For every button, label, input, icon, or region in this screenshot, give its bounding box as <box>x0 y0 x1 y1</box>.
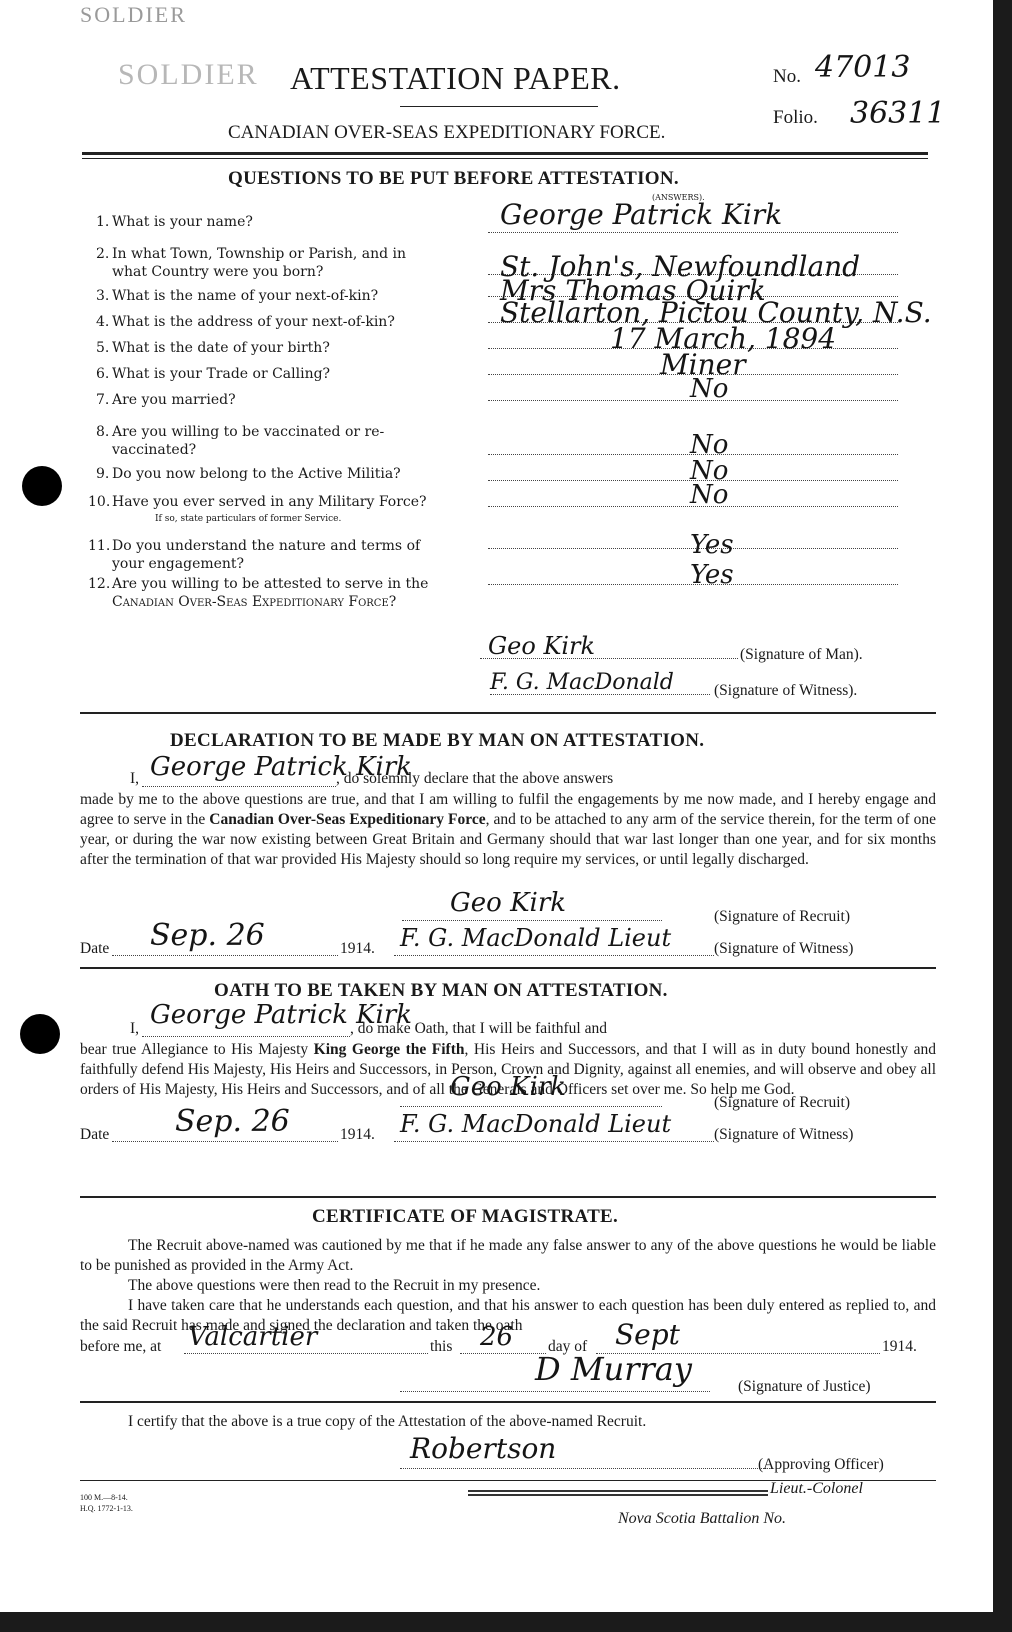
declaration-sig-recruit: Geo Kirk <box>450 888 566 918</box>
declaration-date-value: Sep. 26 <box>150 918 265 953</box>
force-subtitle: CANADIAN OVER-SEAS EXPEDITIONARY FORCE. <box>228 122 665 144</box>
oath-sig-witness: F. G. MacDonald Lieut <box>400 1110 671 1138</box>
question-number: 6. <box>96 366 109 382</box>
king-name: King George the Fifth <box>314 1041 465 1058</box>
question-text: In what Town, Township or Parish, and in <box>112 246 406 262</box>
document-title: ATTESTATION PAPER. <box>290 60 621 97</box>
question-text-line2: vaccinated? <box>112 442 196 458</box>
question-number: 7. <box>96 392 109 408</box>
number-value: 47013 <box>815 50 910 85</box>
form-code-1: 100 M.—8-14. <box>80 1493 128 1502</box>
declaration-sig-witness-label: (Signature of Witness) <box>714 940 853 958</box>
answer-value: Yes <box>690 560 734 590</box>
oath-sig-recruit-label: (Signature of Recruit) <box>714 1094 850 1112</box>
oath-heading: OATH TO BE TAKEN BY MAN ON ATTESTATION. <box>214 980 668 1002</box>
answer-value: No <box>690 480 728 510</box>
declaration-prefix: I, <box>130 770 139 788</box>
question-number: 12. <box>88 576 110 592</box>
declaration-line1: , do solemnly declare that the above ans… <box>336 770 613 788</box>
declaration-sig-witness: F. G. MacDonald Lieut <box>400 924 671 952</box>
declaration-sig-recruit-label: (Signature of Recruit) <box>714 908 850 926</box>
magistrate-heading: CERTIFICATE OF MAGISTRATE. <box>312 1206 618 1228</box>
place-line[interactable] <box>184 1353 428 1354</box>
form-code-2: H.Q. 1772-1-13. <box>80 1504 133 1513</box>
faded-stamp: SOLDIER <box>80 2 187 28</box>
magistrate-p1: The Recruit above-named was cautioned by… <box>80 1236 936 1276</box>
attestation-paper: SOLDIER SOLDIER ATTESTATION PAPER. No. 4… <box>0 0 993 1612</box>
number-label: No. <box>773 66 801 88</box>
section-rule <box>80 712 936 714</box>
question-text: Are you married? <box>112 392 236 408</box>
question-text-line2: Canadian Over-Seas Expeditionary Force? <box>112 594 396 610</box>
declaration-date-label: Date <box>80 940 109 958</box>
signature-man-label: (Signature of Man). <box>740 646 863 664</box>
question-text: What is the date of your birth? <box>112 340 330 356</box>
struck-line <box>468 1490 768 1496</box>
question-number: 2. <box>96 246 109 262</box>
oath-sig-witness-label: (Signature of Witness) <box>714 1126 853 1144</box>
question-text: What is your name? <box>112 214 253 230</box>
question-number: 3. <box>96 288 109 304</box>
justice-sig: D Murray <box>535 1350 692 1388</box>
oath-sig-recruit: Geo Kirk <box>450 1072 566 1102</box>
declaration-sig-witness-line[interactable] <box>394 955 714 956</box>
oath-date-line[interactable] <box>112 1141 338 1142</box>
section-rule <box>80 967 936 969</box>
question-number: 9. <box>96 466 109 482</box>
oath-sig-recruit-line[interactable] <box>400 1106 662 1107</box>
question-text: Are you willing to be vaccinated or re- <box>112 424 384 440</box>
declaration-heading: DECLARATION TO BE MADE BY MAN ON ATTESTA… <box>170 730 704 752</box>
punch-hole <box>20 1014 60 1054</box>
oath-year: 1914. <box>340 1126 375 1144</box>
declaration-year: 1914. <box>340 940 375 958</box>
force-name: Canadian Over-Seas Expeditionary Force <box>209 811 485 828</box>
oath-sig-witness-line[interactable] <box>394 1141 714 1142</box>
question-text: Are you willing to be attested to serve … <box>112 576 428 592</box>
signature-witness-label: (Signature of Witness). <box>714 682 857 700</box>
approving-officer-sig: Robertson <box>410 1432 556 1465</box>
question-number: 4. <box>96 314 109 330</box>
answer-value: No <box>690 374 728 404</box>
question-text: What is the address of your next-of-kin? <box>112 314 395 330</box>
question-number: 8. <box>96 424 109 440</box>
month-value: Sept <box>615 1318 680 1351</box>
signature-man-value: Geo Kirk <box>488 632 595 660</box>
justice-sig-line[interactable] <box>400 1391 710 1392</box>
oath-date-value: Sep. 26 <box>175 1104 290 1139</box>
oath-name-line[interactable] <box>142 1036 350 1037</box>
question-text-line2: your engagement? <box>112 556 244 572</box>
justice-sig-label: (Signature of Justice) <box>738 1378 871 1396</box>
question-number: 11. <box>88 538 110 554</box>
oath-prefix: I, <box>130 1020 139 1038</box>
answer-line[interactable] <box>488 232 898 233</box>
declaration-body: made by me to the above questions are tr… <box>80 790 936 870</box>
oath-line1: , do make Oath, that I will be faithful … <box>350 1020 607 1038</box>
approving-officer-label: (Approving Officer) <box>758 1456 884 1474</box>
place-value: Valcartier <box>188 1322 317 1352</box>
question-number: 5. <box>96 340 109 356</box>
rank-label: Lieut.-Colonel <box>770 1480 863 1498</box>
certify-text: I certify that the above is a true copy … <box>128 1413 646 1431</box>
approving-officer-line[interactable] <box>400 1468 770 1469</box>
magistrate-year: 1914. <box>882 1338 917 1356</box>
question-note: If so, state particulars of former Servi… <box>155 514 341 524</box>
question-text-line2: what Country were you born? <box>112 264 323 280</box>
this-label: this <box>430 1338 452 1356</box>
question-number: 1. <box>96 214 109 230</box>
declaration-date-line[interactable] <box>112 955 338 956</box>
magistrate-p2: The above questions were then read to th… <box>80 1276 936 1296</box>
punch-hole <box>22 466 62 506</box>
section-rule <box>80 1196 936 1198</box>
question-text: What is your Trade or Calling? <box>112 366 330 382</box>
faded-stamp-2: SOLDIER <box>118 58 259 92</box>
signature-witness-value: F. G. MacDonald <box>490 670 674 695</box>
battalion-label: Nova Scotia Battalion No. <box>618 1510 786 1528</box>
oath-date-label: Date <box>80 1126 109 1144</box>
day-value: 26 <box>480 1322 513 1352</box>
folio-value: 36311 <box>850 96 945 131</box>
question-text: What is the name of your next-of-kin? <box>112 288 378 304</box>
section-rule <box>80 1401 936 1403</box>
question-text: Have you ever served in any Military For… <box>112 494 427 510</box>
question-text: Do you understand the nature and terms o… <box>112 538 420 554</box>
title-underline <box>400 106 598 107</box>
question-text: Do you now belong to the Active Militia? <box>112 466 401 482</box>
answer-value: Yes <box>690 530 734 560</box>
declaration-name-line[interactable] <box>142 786 336 787</box>
questions-heading: QUESTIONS TO BE PUT BEFORE ATTESTATION. <box>228 168 679 190</box>
day-line[interactable] <box>460 1353 546 1354</box>
header-double-rule <box>82 152 928 155</box>
header-rule-2 <box>82 158 928 159</box>
before-me-label: before me, at <box>80 1338 161 1356</box>
question-number: 10. <box>88 494 110 510</box>
answer-value: George Patrick Kirk <box>500 198 782 231</box>
folio-label: Folio. <box>773 107 818 129</box>
declaration-sig-recruit-line[interactable] <box>402 920 662 921</box>
